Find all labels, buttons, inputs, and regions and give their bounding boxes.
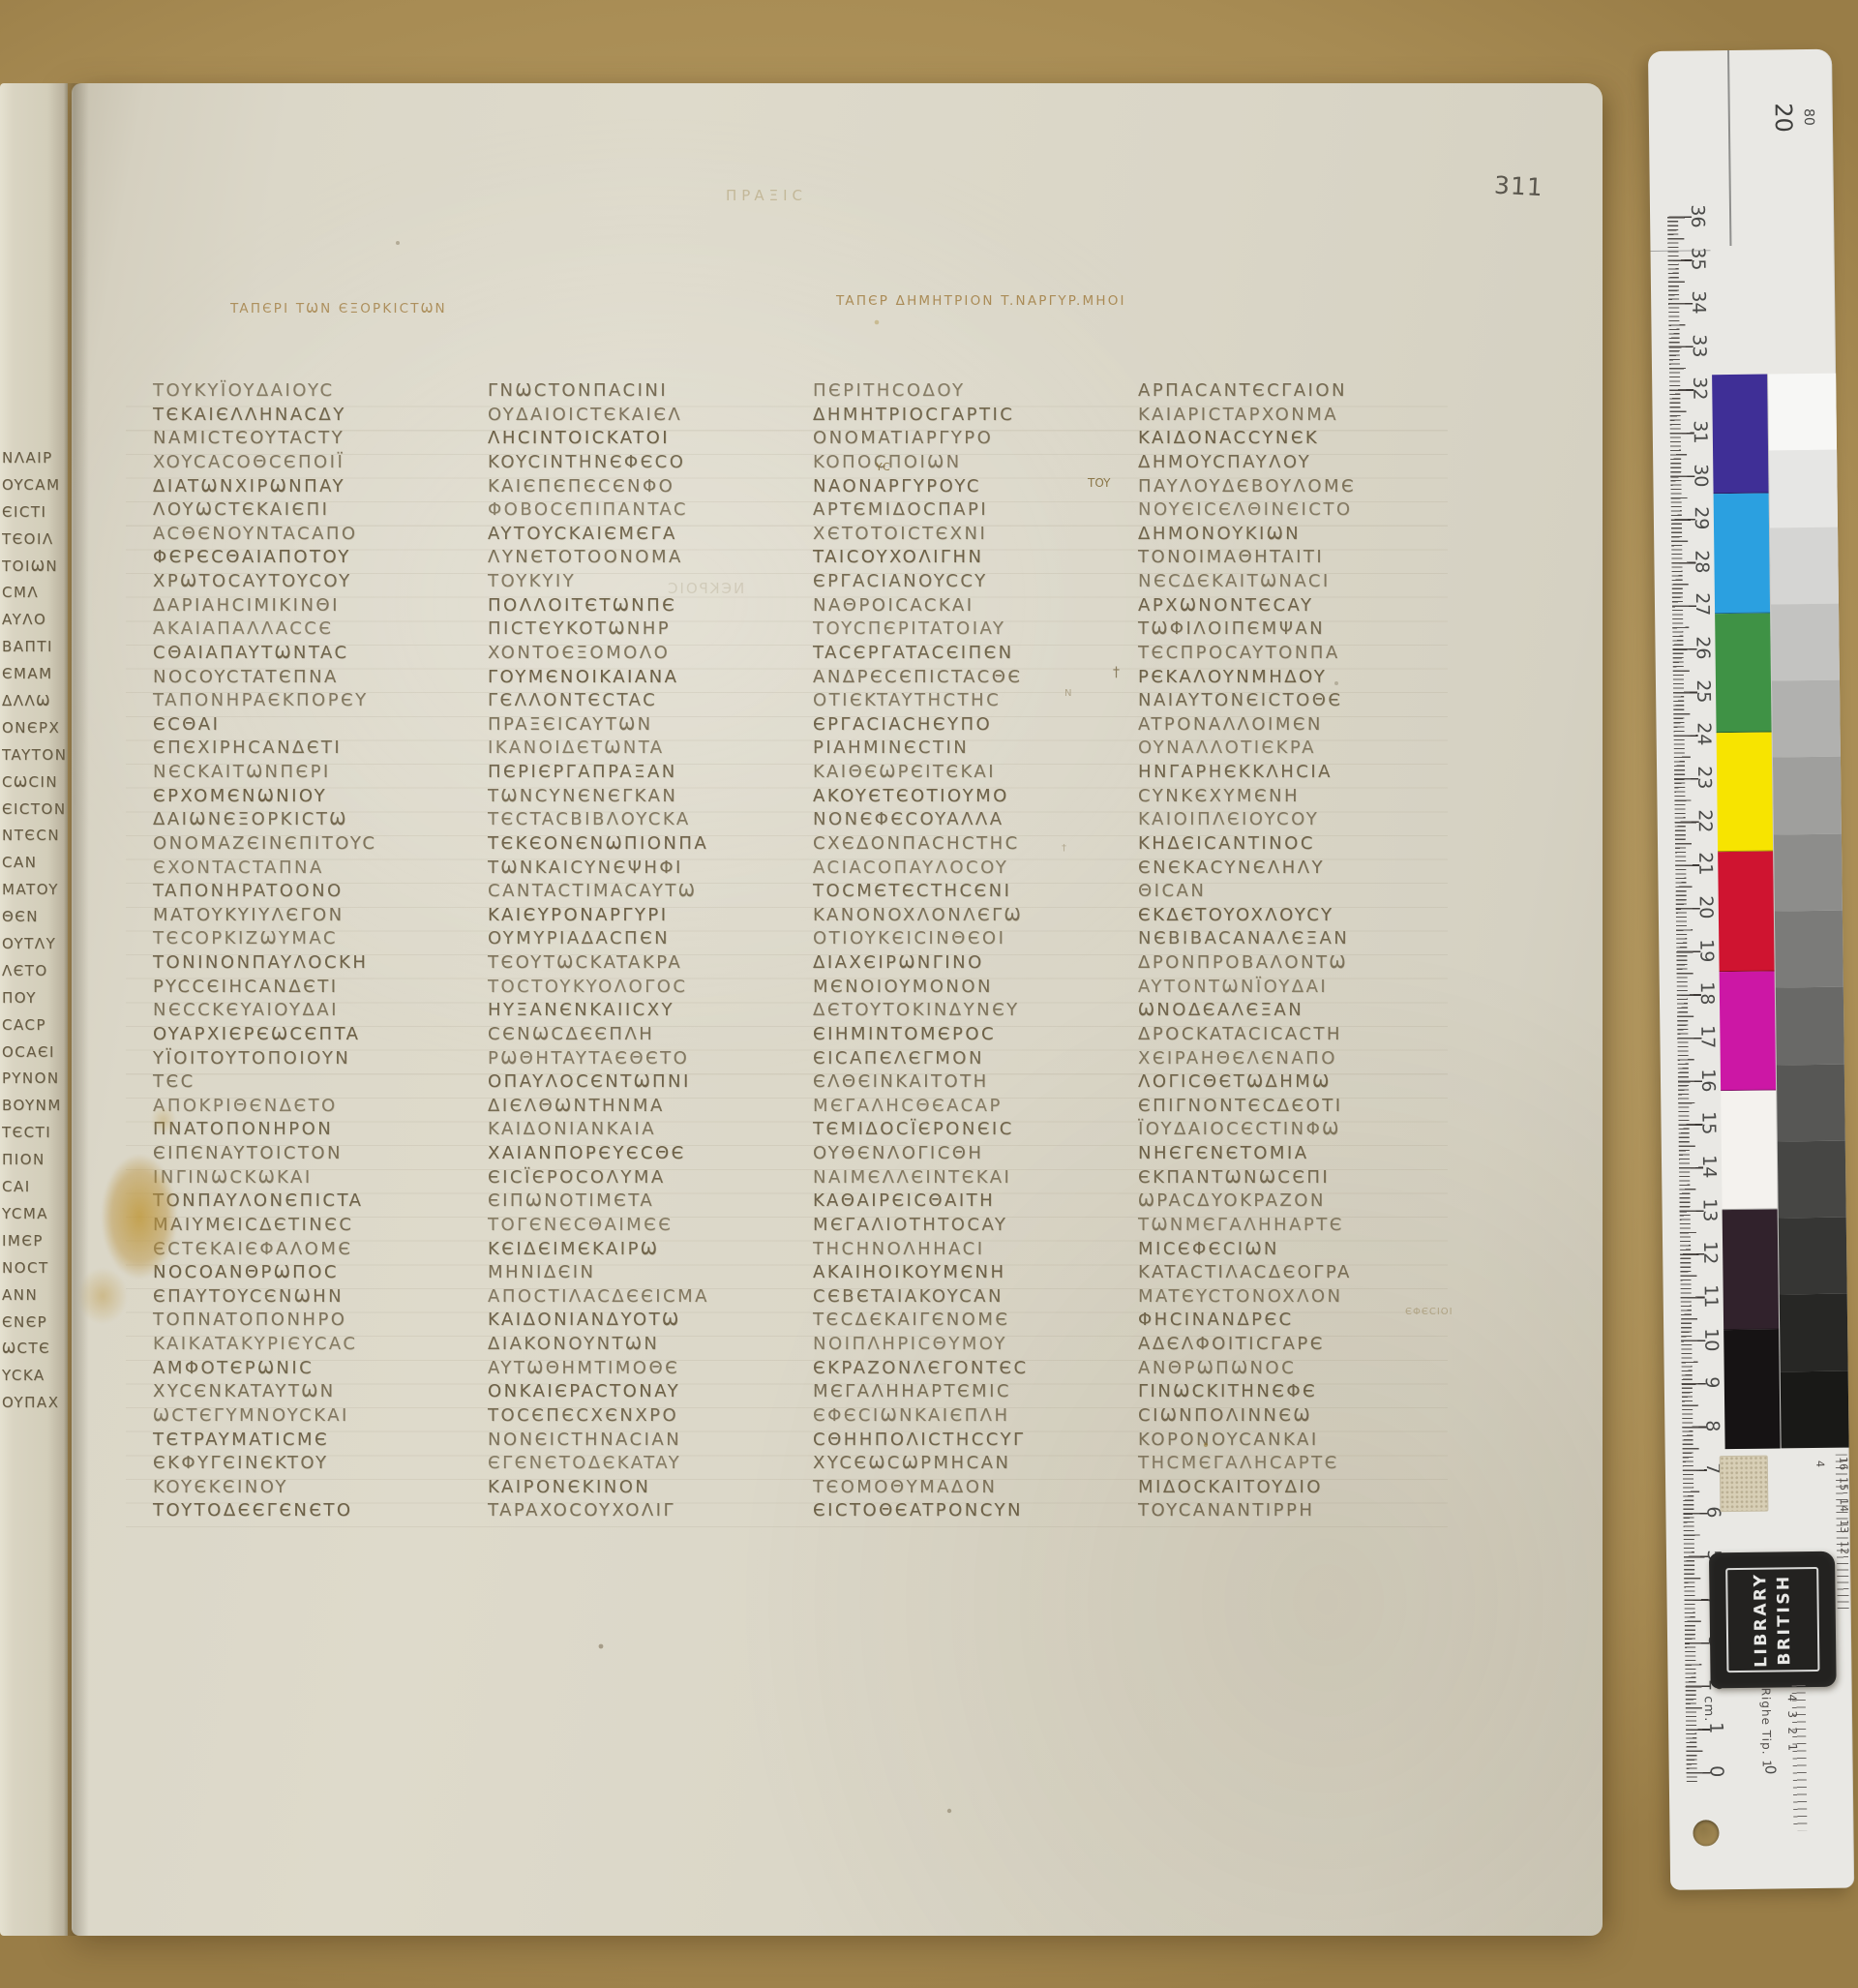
text-line: TOYKYÏOYΔAIOYC bbox=[153, 379, 461, 404]
edge-text-fragment: BOYNM bbox=[2, 1093, 66, 1120]
edge-text-fragment: ONЄPX bbox=[2, 715, 66, 742]
edge-text-fragment: TЄCTI bbox=[2, 1120, 66, 1147]
ruler-cm-number: 28 bbox=[1691, 549, 1712, 574]
text-line: ACΘЄNOYNTACAΠO bbox=[153, 523, 461, 547]
text-line: KAIAPICTAPXONMA bbox=[1138, 404, 1446, 428]
text-line: ΛOYѠCTЄKAIЄΠI bbox=[153, 498, 461, 523]
ruler-cm-number: 10 bbox=[1700, 1327, 1722, 1352]
text-line: OYAPXIЄPЄѠCЄΠTA bbox=[153, 1023, 461, 1047]
text-line: XYCЄNKATAYTѠN bbox=[153, 1380, 461, 1404]
ruler-cm-number: 20 bbox=[1695, 894, 1717, 919]
text-line: TЄKЄONЄNѠΠIONΠA bbox=[488, 832, 795, 857]
text-line: ΓNѠCTONΠACINI bbox=[488, 379, 795, 404]
ruler-cm-number: 16 bbox=[1697, 1068, 1719, 1093]
text-line: ΔIЄΛΘѠNTHNMA bbox=[488, 1095, 795, 1119]
text-line: ЄNЄKACYNЄΛHΛY bbox=[1138, 857, 1446, 881]
text-line: OYΔAIOICTЄKAIЄΛ bbox=[488, 404, 795, 428]
ruler-cm-number: 25 bbox=[1693, 678, 1714, 704]
corrector-mark: N bbox=[1064, 688, 1071, 699]
text-line: NHЄΓЄNЄTOMIA bbox=[1138, 1142, 1446, 1166]
text-line: XOYCACOΘCЄΠOIÏ bbox=[153, 451, 461, 475]
text-line: ѠCTЄΓYMNOYCKAI bbox=[153, 1404, 461, 1429]
text-line: XPѠTOCAYTOYCOY bbox=[153, 570, 461, 594]
text-line: ΠAYΛOYΔЄBOYΛOMЄ bbox=[1138, 475, 1446, 499]
text-line: OTIOYKЄICINΘЄOI bbox=[813, 927, 1121, 951]
text-line: TOYCΠЄPITATOIAY bbox=[813, 617, 1121, 642]
clip-label: LIBRARYBRITISH bbox=[1704, 1556, 1842, 1684]
ruler-cm-number: 30 bbox=[1690, 463, 1711, 488]
text-line: ΓINѠCKITHNЄΦЄ bbox=[1138, 1380, 1446, 1404]
cm-unit-label: cm. bbox=[1701, 1696, 1716, 1722]
text-line: KOYCINTHNЄΦЄCO bbox=[488, 451, 795, 475]
ruler-cm-number: 27 bbox=[1692, 592, 1713, 617]
chapter-rubric-left: TAΠЄPI TѠN ЄΞOPKICTѠN bbox=[230, 301, 447, 316]
color-patch bbox=[1721, 1090, 1778, 1210]
text-line: ΔЄTOYTOKINΔYNЄY bbox=[813, 999, 1121, 1023]
text-line: ЄCTЄKAIЄΦAΛOMЄ bbox=[153, 1238, 461, 1262]
text-column-4: APΠACANTЄCΓAIONKAIAPICTAPXONMAKAIΔONACCY… bbox=[1138, 379, 1446, 1523]
text-line: KAIΔONIANKAIA bbox=[488, 1118, 795, 1142]
marginal-correction-tou: TOY bbox=[1088, 476, 1110, 490]
ruler-cm-number: 36 bbox=[1687, 203, 1708, 228]
text-line: ΦHCINANΔPЄC bbox=[1138, 1309, 1446, 1333]
ruler-cm-number: 34 bbox=[1688, 289, 1709, 315]
text-line: ΔAPIAHCIMIKINΘI bbox=[153, 594, 461, 618]
side-scale-number: 14 bbox=[1838, 1497, 1850, 1513]
text-line: MЄNOIOYMONON bbox=[813, 976, 1121, 1000]
color-patch bbox=[1715, 613, 1772, 733]
text-line: ΛOΓICΘЄTѠΔHMѠ bbox=[1138, 1070, 1446, 1095]
wedge-label-20: 20 bbox=[1770, 103, 1797, 132]
text-line: ΔIAKONOYNTѠN bbox=[488, 1333, 795, 1357]
text-line: ЄΠAYTOYCЄNѠHN bbox=[153, 1285, 461, 1310]
text-line: MHNIΔЄIN bbox=[488, 1261, 795, 1285]
text-line: TЄMIΔOCÏЄPONЄIC bbox=[813, 1118, 1121, 1142]
calibration-target: 20 80 3635343332313029282726252423222120… bbox=[1648, 49, 1858, 1900]
text-line: KAIOIΠΛЄIOYCOY bbox=[1138, 808, 1446, 832]
text-line: ѠNOΔЄAΛЄΞAN bbox=[1138, 999, 1446, 1023]
gray-step bbox=[1781, 1371, 1849, 1448]
text-line: KAIЄΠЄΠЄCЄNΦO bbox=[488, 475, 795, 499]
text-line: ΓЄΛΛONTЄCTAC bbox=[488, 689, 795, 713]
text-line: TOYTOΔЄЄΓЄNЄTO bbox=[153, 1499, 461, 1523]
previous-leaf-edge: NΛAIPOYCAMЄICTITЄOIΛTOIѠNCMΛAYΛOBAΠTIЄMA… bbox=[0, 83, 68, 1936]
text-line: MЄΓAΛHHAPTЄMIC bbox=[813, 1380, 1121, 1404]
edge-text-fragment: NOCT bbox=[2, 1255, 66, 1282]
ruler-cm-number: 8 bbox=[1701, 1413, 1723, 1438]
edge-text-fragment: CACP bbox=[2, 1012, 66, 1039]
text-line: ONKAIЄPACTONAY bbox=[488, 1380, 795, 1404]
text-line: ΛYNЄTOTOONOMA bbox=[488, 546, 795, 570]
text-line: TONOIMAΘHTAITI bbox=[1138, 546, 1446, 570]
text-line: ΠNATOΠONHPON bbox=[153, 1118, 461, 1142]
side-scale-number: 13 bbox=[1838, 1519, 1850, 1534]
side-scale-number: 15 bbox=[1838, 1476, 1850, 1491]
text-line: CIѠNΠOΛINNЄѠ bbox=[1138, 1404, 1446, 1429]
corrector-mark: † bbox=[1062, 843, 1066, 854]
text-line: KAΘAIPЄICΘAITH bbox=[813, 1190, 1121, 1214]
text-line: CЄNѠCΔЄЄΠΛH bbox=[488, 1023, 795, 1047]
edge-text-fragment: YCMA bbox=[2, 1201, 66, 1228]
text-line: CΘHHΠOΛICTHCCYΓ bbox=[813, 1429, 1121, 1453]
text-line: MЄΓAΛHCΘЄACAP bbox=[813, 1095, 1121, 1119]
text-line: ΓOYMЄNOIKAIANA bbox=[488, 666, 795, 690]
text-line: AMΦOTЄPѠNIC bbox=[153, 1357, 461, 1381]
text-line: NONЄΦЄCOYAΛΛA bbox=[813, 808, 1121, 832]
text-line: ANΘPѠΠѠNOC bbox=[1138, 1357, 1446, 1381]
text-line: ЄKPAZONΛЄΓONTЄC bbox=[813, 1357, 1121, 1381]
text-line: APTЄMIΔOCΠAPI bbox=[813, 498, 1121, 523]
edge-text-fragment: TЄOIΛ bbox=[2, 527, 66, 554]
text-line: ΔIATѠNXIPѠNΠAY bbox=[153, 475, 461, 499]
text-line: XAIANΠOPЄYЄCΘЄ bbox=[488, 1142, 795, 1166]
text-line: KOΠOCΠOIѠN bbox=[813, 451, 1121, 475]
text-line: TAICOYXOΛIΓHN bbox=[813, 546, 1121, 570]
text-line: KAIKATAKYPIЄYCAC bbox=[153, 1333, 461, 1357]
text-line: KANONOXΛONΛЄΓѠ bbox=[813, 904, 1121, 928]
righe-scale-label: Righe Tip. 1 bbox=[1759, 1688, 1774, 1768]
text-column-1: TOYKYÏOYΔAIOYCTЄKAIЄΛΛHNACΔYNAMICTЄOYTAC… bbox=[153, 379, 461, 1523]
ruler-cm-number: 21 bbox=[1694, 852, 1716, 877]
text-line: AΠOKPIΘЄNΔЄTO bbox=[153, 1095, 461, 1119]
text-line: MATЄYCTONOXΛON bbox=[1138, 1285, 1446, 1310]
text-line: AKOYЄTЄOTIOYMO bbox=[813, 785, 1121, 809]
text-line: ΦЄPЄCΘAIAΠOTOY bbox=[153, 546, 461, 570]
color-patch bbox=[1718, 852, 1775, 972]
text-line: TOYCANANTIPPH bbox=[1138, 1499, 1446, 1523]
edge-text-fragments: NΛAIPOYCAMЄICTITЄOIΛTOIѠNCMΛAYΛOBAΠTIЄMA… bbox=[2, 445, 66, 1423]
text-line: ΔHMHTPIOCΓAPTIC bbox=[813, 404, 1121, 428]
text-line: TѠNCYNЄNЄΓKAN bbox=[488, 785, 795, 809]
ruler-cm-number: 17 bbox=[1696, 1024, 1718, 1049]
text-line: AΠOCTIΛACΔЄЄICMA bbox=[488, 1285, 795, 1310]
british-library-clip: LIBRARYBRITISH bbox=[1709, 1551, 1837, 1689]
text-line: KAIPONЄKINON bbox=[488, 1476, 795, 1500]
text-line: ЄΦЄCIѠNKAIЄΠΛH bbox=[813, 1404, 1121, 1429]
text-line: NЄCKAITѠNΠЄPI bbox=[153, 761, 461, 785]
edge-text-fragment: OYTΛY bbox=[2, 931, 66, 958]
text-line: AYTѠΘHMTIMOΘЄ bbox=[488, 1357, 795, 1381]
gray-step bbox=[1771, 603, 1840, 680]
edge-text-fragment: OCAЄI bbox=[2, 1039, 66, 1067]
text-column-2: ΓNѠCTONΠACINIOYΔAIOICTЄKAIЄΛΛHCINTOICKAT… bbox=[488, 379, 795, 1523]
text-line: TOΓЄNЄCΘAIMЄЄ bbox=[488, 1214, 795, 1238]
text-line: ΔPONΠPOBAΛONTѠ bbox=[1138, 951, 1446, 976]
edge-text-fragment: CAN bbox=[2, 850, 66, 877]
text-line: OYΘЄNΛOΓICΘH bbox=[813, 1142, 1121, 1166]
righe-zero-label: 0 bbox=[1761, 1765, 1779, 1775]
text-line: PѠΘHTAYTAЄΘЄTO bbox=[488, 1047, 795, 1071]
text-line: ANΔPЄCЄΠICTACΘЄ bbox=[813, 666, 1121, 690]
text-line: ЄΠIΓNONTЄCΔЄOTI bbox=[1138, 1095, 1446, 1119]
text-line: PYCCЄIHCANΔЄTI bbox=[153, 976, 461, 1000]
text-column-3: ΠЄPITHCOΔOYΔHMHTPIOCΓAPTICONOMATIAPΓYPOK… bbox=[813, 379, 1121, 1523]
text-line: ЄKΔЄTOYOXΛOYCY bbox=[1138, 904, 1446, 928]
text-line: NONЄICTHNACIAN bbox=[488, 1429, 795, 1453]
gray-step bbox=[1775, 911, 1843, 988]
edge-text-fragment: AYΛO bbox=[2, 607, 66, 634]
gray-step bbox=[1774, 833, 1843, 911]
text-line: ÏOYΔAIOCЄCTINΦѠ bbox=[1138, 1118, 1446, 1142]
ruler-cm-number: 33 bbox=[1689, 333, 1710, 358]
text-line: ЄKΠANTѠNѠCЄΠI bbox=[1138, 1166, 1446, 1190]
ruler-cm-number: 32 bbox=[1689, 376, 1710, 401]
text-line: ѠPACΔYOKPAZON bbox=[1138, 1190, 1446, 1214]
text-line: APXѠNONTЄCAY bbox=[1138, 594, 1446, 618]
ruler-cm-number: 29 bbox=[1691, 505, 1712, 530]
text-line: ACIACOΠAYΛOCOY bbox=[813, 857, 1121, 881]
edge-text-fragment: YCKA bbox=[2, 1363, 66, 1390]
text-line: KATACTIΛACΔЄOΓPA bbox=[1138, 1261, 1446, 1285]
text-line: XONTOЄΞOMOΛO bbox=[488, 642, 795, 666]
text-line: OTIЄKTAYTHCTHC bbox=[813, 689, 1121, 713]
text-line: TAPAXOCOYXOΛIΓ bbox=[488, 1499, 795, 1523]
text-line: MIΔOCKAITOYΔIO bbox=[1138, 1476, 1446, 1500]
edge-text-fragment: ANN bbox=[2, 1282, 66, 1310]
edge-text-fragment: MATOY bbox=[2, 877, 66, 904]
ruler-cm-number: 9 bbox=[1701, 1370, 1723, 1395]
text-line: KAIΔONACCYNЄK bbox=[1138, 427, 1446, 451]
text-line: ΠICTЄYKOTѠNHP bbox=[488, 617, 795, 642]
text-line: OΠAYΛOCЄNTѠΠNI bbox=[488, 1070, 795, 1095]
text-line: TЄC bbox=[153, 1070, 461, 1095]
righe-scale-number: 3 bbox=[1785, 1706, 1799, 1722]
marginal-note-faint: ЄΦЄCIOI bbox=[1405, 1307, 1453, 1317]
text-line: ΠPAΞЄICAYTѠN bbox=[488, 713, 795, 738]
text-line: INΓINѠCKѠKAI bbox=[153, 1166, 461, 1190]
gray-step bbox=[1770, 527, 1839, 604]
ruler-cm-number: 13 bbox=[1698, 1197, 1720, 1222]
ruler-cm-number: 23 bbox=[1693, 765, 1715, 790]
text-line: CYNKЄXYMЄNH bbox=[1138, 785, 1446, 809]
text-line: CЄBЄTAIAKOYCAN bbox=[813, 1285, 1121, 1310]
text-line: KHΔЄICANTINOC bbox=[1138, 832, 1446, 857]
text-line: TЄCΔЄKAIΓЄNOMЄ bbox=[813, 1309, 1121, 1333]
edge-text-fragment: PYNON bbox=[2, 1066, 66, 1093]
color-patch bbox=[1717, 732, 1774, 852]
text-line: TЄCOPKIZѠYMAC bbox=[153, 927, 461, 951]
text-line: ЄICAΠЄΛЄΓMON bbox=[813, 1047, 1121, 1071]
text-line: TONINONΠAYΛOCKH bbox=[153, 951, 461, 976]
text-line: TЄCTACBIBΛOYCKA bbox=[488, 808, 795, 832]
gray-step bbox=[1779, 1218, 1847, 1295]
text-line: HYΞANЄNKAIICXY bbox=[488, 999, 795, 1023]
ruler-cm-number: 0 bbox=[1706, 1759, 1727, 1784]
text-line: TЄOYTѠCKATAKPA bbox=[488, 951, 795, 976]
text-line: ΔAIѠNЄΞOPKICTѠ bbox=[153, 808, 461, 832]
text-line: MATOYKYIYΛЄΓON bbox=[153, 904, 461, 928]
text-line: ATPONAΛΛOIMЄN bbox=[1138, 713, 1446, 738]
text-line: KOYЄKЄINOY bbox=[153, 1476, 461, 1500]
ruler-cm-number: 18 bbox=[1696, 980, 1718, 1006]
gray-step bbox=[1769, 450, 1838, 527]
edge-text-fragment: ЄICTON bbox=[2, 797, 66, 824]
text-line: NAONAPΓYPOYC bbox=[813, 475, 1121, 499]
text-line: AKAIHOIKOYMЄNH bbox=[813, 1261, 1121, 1285]
grayscale-step-wedge bbox=[1767, 374, 1849, 1449]
edge-text-fragment: ΘЄN bbox=[2, 904, 66, 931]
text-line: IKANOIΔЄTѠNTA bbox=[488, 737, 795, 761]
text-line: APΠACANTЄCΓAION bbox=[1138, 379, 1446, 404]
text-line: NOCOYCTATЄΠNA bbox=[153, 666, 461, 690]
color-patch bbox=[1712, 375, 1769, 495]
side-scale-number: 4 bbox=[1813, 1456, 1826, 1471]
text-line: AKAIAΠAΛΛACCЄ bbox=[153, 617, 461, 642]
text-line: YÏOITOYTOΠOIOYN bbox=[153, 1047, 461, 1071]
edge-text-fragment: CMΛ bbox=[2, 580, 66, 607]
text-line: TѠΦIΛOIΠЄMΨAN bbox=[1138, 617, 1446, 642]
text-line: TѠNMЄΓAΛHHAPTЄ bbox=[1138, 1214, 1446, 1238]
color-patch bbox=[1723, 1329, 1781, 1449]
edge-text-fragment: ѠCTЄ bbox=[2, 1336, 66, 1363]
marginal-cross-mark: † bbox=[1113, 665, 1120, 680]
gray-step bbox=[1778, 1140, 1846, 1218]
edge-text-fragment: NTЄCN bbox=[2, 823, 66, 850]
side-scale-number: 16 bbox=[1837, 1456, 1849, 1471]
text-line: ЄΓЄNЄTOΔЄKATAY bbox=[488, 1452, 795, 1476]
text-line: TOCTOYKYOΛOΓOC bbox=[488, 976, 795, 1000]
text-line: TONΠAYΛONЄΠICTA bbox=[153, 1190, 461, 1214]
text-line: ΔHMOYCΠAYΛOY bbox=[1138, 451, 1446, 475]
text-line: XЄIPAHΘЄΛЄNAΠO bbox=[1138, 1047, 1446, 1071]
text-line: KAIΔONIANΔYOTѠ bbox=[488, 1309, 795, 1333]
running-title: ΠPAΞIC bbox=[726, 187, 807, 204]
side-scale-number: 12 bbox=[1838, 1540, 1850, 1555]
righe-scale-number: 1 bbox=[1785, 1739, 1799, 1755]
text-line: THCHNOΛHHACI bbox=[813, 1238, 1121, 1262]
text-line: AYTONTѠNÏOYΔAI bbox=[1138, 976, 1446, 1000]
gray-step bbox=[1768, 374, 1837, 451]
text-line: ΠOΛΛOITЄTѠNΠЄ bbox=[488, 594, 795, 618]
text-line: TOCЄΠЄCXЄNXPO bbox=[488, 1404, 795, 1429]
ruler-cm-number: 11 bbox=[1700, 1283, 1722, 1309]
text-line: TAΠONHPATOONO bbox=[153, 880, 461, 904]
edge-text-fragment: CAI bbox=[2, 1174, 66, 1201]
edge-text-fragment: CѠCIN bbox=[2, 769, 66, 797]
text-line: HNΓAPHЄKKΛHCIA bbox=[1138, 761, 1446, 785]
text-line: KAIΘЄѠPЄITЄKAI bbox=[813, 761, 1121, 785]
text-line: NЄCCKЄYAIOYΔAI bbox=[153, 999, 461, 1023]
dust-specks bbox=[0, 0, 2, 2]
text-line: ЄΠЄXIPHCANΔЄTI bbox=[153, 737, 461, 761]
folio-number: 311 bbox=[1493, 171, 1543, 202]
text-line: CXЄΔONΠACHCTHC bbox=[813, 832, 1121, 857]
edge-text-fragment: ΠOY bbox=[2, 985, 66, 1012]
text-line: CANTACTIMACAYTѠ bbox=[488, 880, 795, 904]
text-line: ΦOBOCЄΠIΠANTAC bbox=[488, 498, 795, 523]
text-line: ΔIAXЄIPѠNΓINO bbox=[813, 951, 1121, 976]
color-patch bbox=[1720, 971, 1777, 1091]
edge-text-fragment: ΠION bbox=[2, 1147, 66, 1174]
edge-text-fragment: TAYTON bbox=[2, 742, 66, 769]
text-line: THCMЄΓAΛHCAPTЄ bbox=[1138, 1452, 1446, 1476]
text-line: PIAHMINЄCTIN bbox=[813, 737, 1121, 761]
ruler-cm-number: 26 bbox=[1692, 635, 1713, 660]
text-line: ЄIHMINTOMЄPOC bbox=[813, 1023, 1121, 1047]
ruler-cm-number: 35 bbox=[1687, 247, 1708, 272]
text-line: AΔЄΛΦOITICΓAPЄ bbox=[1138, 1333, 1446, 1357]
text-line: ΔPOCKATACICACTH bbox=[1138, 1023, 1446, 1047]
wedge-label-80: 80 bbox=[1801, 106, 1816, 128]
text-line: NOYЄICЄΛΘINЄICTO bbox=[1138, 498, 1446, 523]
clip-word: LIBRARY bbox=[1751, 1572, 1771, 1668]
edge-text-fragment: ΛЄTO bbox=[2, 958, 66, 985]
text-line: TOCMЄTЄCTHCЄNI bbox=[813, 880, 1121, 904]
text-line: TЄTPAYMATICMЄ bbox=[153, 1429, 461, 1453]
edge-text-fragment: OYΠAX bbox=[2, 1390, 66, 1417]
gray-step bbox=[1776, 987, 1844, 1065]
text-line: ЄPΓACIACHЄYΠO bbox=[813, 713, 1121, 738]
text-line: ЄΛΘЄINKAITOTH bbox=[813, 1070, 1121, 1095]
text-line: ЄCΘAI bbox=[153, 713, 461, 738]
ruler-cm-number: 19 bbox=[1695, 938, 1717, 963]
text-line: NAMICTЄOYTACTY bbox=[153, 427, 461, 451]
ink-bleedthrough: NЄKPOIC bbox=[666, 580, 744, 597]
text-line: NOCOANΘPѠΠOC bbox=[153, 1261, 461, 1285]
color-patch bbox=[1714, 494, 1771, 614]
color-patch bbox=[1723, 1210, 1780, 1330]
gray-step bbox=[1773, 757, 1842, 834]
text-line: NAIAYTONЄICTOΘЄ bbox=[1138, 689, 1446, 713]
text-line: NЄCΔЄKAITѠNACI bbox=[1138, 570, 1446, 594]
interlinear-correction: YC bbox=[876, 461, 891, 473]
edge-text-fragment: BAΠTI bbox=[2, 634, 66, 661]
text-line: NЄBIBACANAΛЄΞAN bbox=[1138, 927, 1446, 951]
edge-text-fragment: IMЄP bbox=[2, 1228, 66, 1255]
ruler-cm-number: 12 bbox=[1699, 1240, 1721, 1265]
text-line: ЄPXOMЄNѠNIOY bbox=[153, 785, 461, 809]
edge-text-fragment: OYCAM bbox=[2, 472, 66, 499]
text-line: TAΠONHPAЄKΠOPЄY bbox=[153, 689, 461, 713]
text-line: XЄTOTOICTЄXNI bbox=[813, 523, 1121, 547]
text-line: ONOMATIAPΓYPO bbox=[813, 427, 1121, 451]
clip-word: BRITISH bbox=[1774, 1574, 1794, 1666]
text-line: TOΠNATOΠONHPO bbox=[153, 1309, 461, 1333]
text-line: XYCЄѠCѠPMHCAN bbox=[813, 1452, 1121, 1476]
edge-text-fragment: ЄMAM bbox=[2, 661, 66, 688]
righe-scale-number: 4 bbox=[1785, 1690, 1799, 1705]
edge-text-fragment: ΔΛΛѠ bbox=[2, 688, 66, 715]
text-line: NAIMЄΛΛЄINTЄKAI bbox=[813, 1166, 1121, 1190]
ruler-cm-number: 22 bbox=[1694, 808, 1716, 833]
text-line: TѠNKAICYNЄΨHΦI bbox=[488, 857, 795, 881]
text-line: PЄKAΛOYNMHΔOY bbox=[1138, 666, 1446, 690]
velcro-patch bbox=[1720, 1456, 1769, 1513]
text-line: TЄOMOΘYMAΔON bbox=[813, 1476, 1121, 1500]
text-line: ЄIΠЄNAYTOICTON bbox=[153, 1142, 461, 1166]
text-line: CΘAIAΠAYTѠNTAC bbox=[153, 642, 461, 666]
text-line: ЄPΓACIANOYCCY bbox=[813, 570, 1121, 594]
text-line: AYTOYCKAIЄMЄΓA bbox=[488, 523, 795, 547]
text-line: ЄICÏЄPOCOΛYMA bbox=[488, 1166, 795, 1190]
text-line: MЄΓAΛIOTHTOCAY bbox=[813, 1214, 1121, 1238]
ruler-cm-number: 15 bbox=[1697, 1110, 1719, 1135]
text-line: NOIΠΛHPICΘYMOY bbox=[813, 1333, 1121, 1357]
edge-text-fragment: ЄNЄP bbox=[2, 1310, 66, 1337]
edge-text-fragment: ЄICTI bbox=[2, 499, 66, 527]
text-line: ЄICTOΘЄATPONCYN bbox=[813, 1499, 1121, 1523]
text-line: KЄIΔЄIMЄKAIPѠ bbox=[488, 1238, 795, 1262]
edge-text-fragment: TOIѠN bbox=[2, 554, 66, 581]
text-line: NAΘPOICACKAI bbox=[813, 594, 1121, 618]
ruler-cm-number: 31 bbox=[1690, 419, 1711, 444]
text-line: ЄXONTACTAΠNA bbox=[153, 857, 461, 881]
text-line: MICЄΦЄCIѠN bbox=[1138, 1238, 1446, 1262]
text-line: ΠЄPITHCOΔOY bbox=[813, 379, 1121, 404]
gray-step bbox=[1777, 1064, 1845, 1141]
text-line: ЄIΠѠNOTIMЄTA bbox=[488, 1190, 795, 1214]
text-line: TЄKAIЄΛΛHNACΔY bbox=[153, 404, 461, 428]
